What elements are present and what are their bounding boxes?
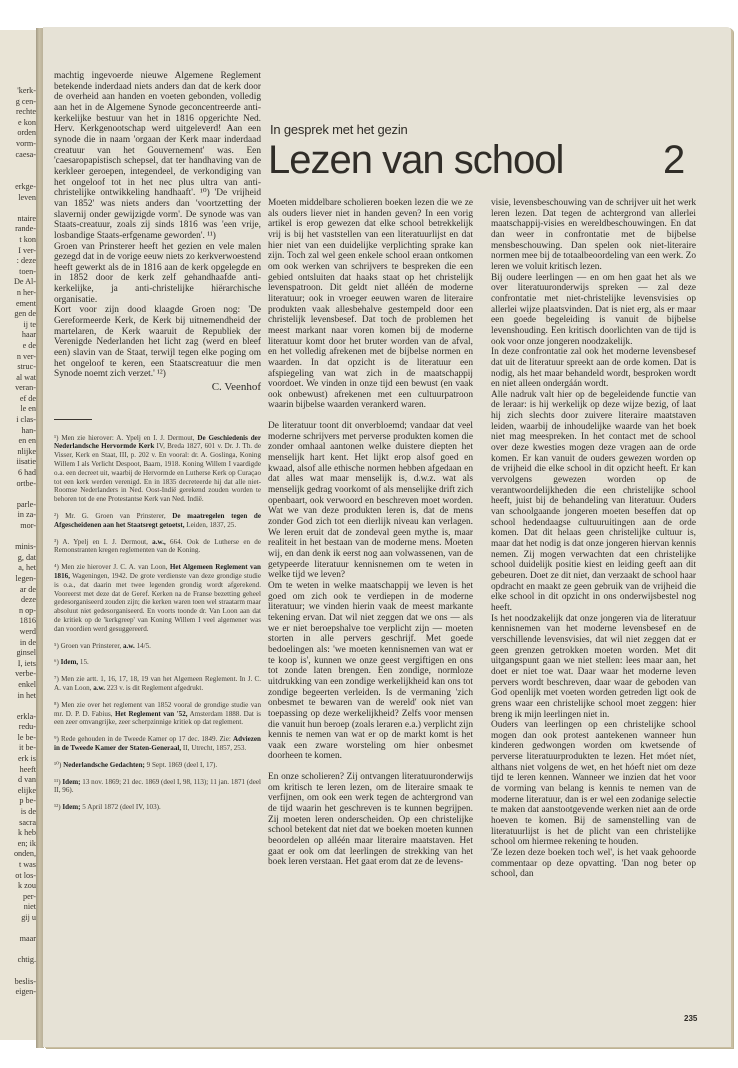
footnote: ¹⁰) Nederlandsche Gedachten; 9 Sept. 186… <box>54 761 261 770</box>
footnote: ⁴) Men zie hierover J. C. A. van Loon, H… <box>54 563 261 633</box>
previous-page-text-mid: erkge- leven ntaire rande- t kon I ver- … <box>14 182 36 998</box>
footnote: ⁷) Men zie artt. 1, 16, 17, 18, 19 van h… <box>54 675 261 693</box>
footnote: ³) A. Ypelj en I. J. Dermout, a.w., 664.… <box>54 538 261 556</box>
article-part-number: 2 <box>663 137 685 183</box>
article-column-1: Moeten middelbare scholieren boeken leze… <box>268 198 473 868</box>
page-number: 235 <box>684 1014 697 1023</box>
article-paragraph: 'Ze lezen deze boeken toch wel', is het … <box>491 848 696 880</box>
footnote: ⁵) Groen van Prinsterer, a.w. 14/5. <box>54 642 261 651</box>
previous-page-edge: 'kerk- g cen- rechte e kon orden vorm- c… <box>0 30 38 1040</box>
continued-paragraph-3: Kort voor zijn dood klaagde Groen nog: '… <box>54 305 261 380</box>
footnote: ¹¹) Idem; 13 nov. 1869; 21 dec. 1869 (de… <box>54 778 261 796</box>
article-paragraph: De literatuur toont dit onverbloemd; van… <box>268 421 473 581</box>
article-paragraph: Om te weten in welke maatschappij we lev… <box>268 581 473 762</box>
footnote: ⁹) Rede gehouden in de Tweede Kamer op 1… <box>54 735 261 753</box>
article-paragraph: Alle nadruk valt hier op de begeleidende… <box>491 390 696 614</box>
article-paragraph: Moeten middelbare scholieren boeken leze… <box>268 198 473 411</box>
magazine-page: machtig ingevoerde nieuwe Algemene Regle… <box>43 27 731 1047</box>
article-continued-column: machtig ingevoerde nieuwe Algemene Regle… <box>54 71 261 820</box>
footnote: ⁶) Idem, 15. <box>54 658 261 667</box>
article-paragraph: En onze scholieren? Zij ontvangen litera… <box>268 772 473 868</box>
article-paragraph: Bij oudere leerlingen — en om hen gaat h… <box>491 273 696 348</box>
article-column-2: visie, levensbeschouwing van de schrijve… <box>491 198 696 880</box>
article-kicker: In gesprek met het gezin <box>270 122 408 137</box>
article-paragraph: visie, levensbeschouwing van de schrijve… <box>491 198 696 273</box>
continued-paragraph-2: Groen van Prinsterer heeft het gezien en… <box>54 242 261 306</box>
footnote-divider <box>54 419 92 420</box>
continued-paragraph-1: machtig ingevoerde nieuwe Algemene Regle… <box>54 71 261 242</box>
footnote: ¹²) Idem; 5 April 1872 (deel IV, 103). <box>54 803 261 812</box>
footnote: ¹) Men zie hierover: A. Ypelj en I. J. D… <box>54 434 261 504</box>
article-paragraph: Is het noodzakelijk dat onze jongeren vi… <box>491 614 696 721</box>
footnotes: ¹) Men zie hierover: A. Ypelj en I. J. D… <box>54 434 261 812</box>
article-paragraph: Ouders van leerlingen op een christelijk… <box>491 720 696 848</box>
author-signature: C. Veenhof <box>54 382 261 393</box>
article-title: Lezen van school <box>268 137 563 183</box>
footnote: ⁸) Men zie over het reglement van 1852 v… <box>54 701 261 727</box>
previous-page-text-top: 'kerk- g cen- rechte e kon orden vorm- c… <box>16 86 36 160</box>
footnote: ²) Mr. G. Groen van Prinsterer, De maatr… <box>54 512 261 530</box>
article-paragraph: In deze confrontatie zal ook het moderne… <box>491 347 696 390</box>
